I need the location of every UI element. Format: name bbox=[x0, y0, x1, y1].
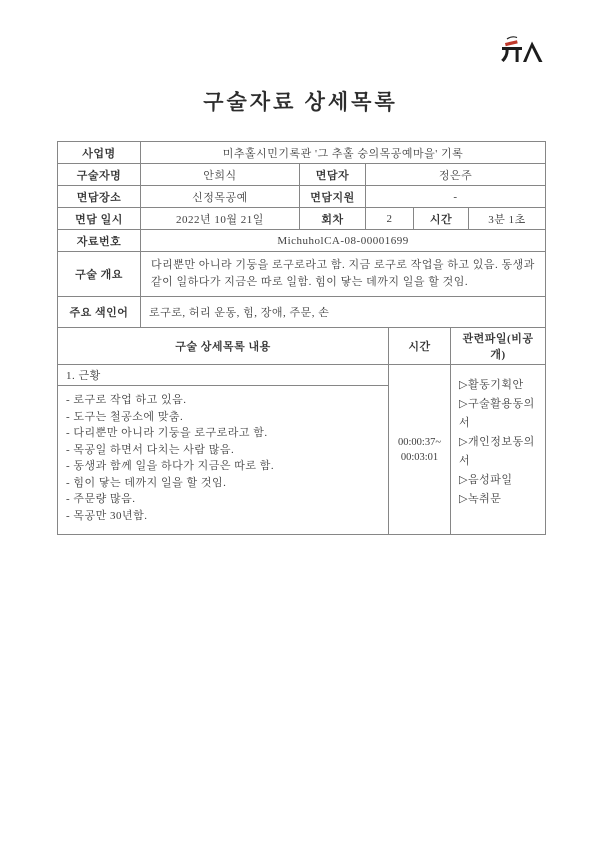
detail-header-row: 구술 상세목록 내용 시간 관련파일(비공개) bbox=[58, 328, 546, 365]
related-files-list: ▷활동기획안▷구술활용동의서▷개인정보동의서▷음성파일▷녹취문 bbox=[451, 365, 546, 535]
project-name-value: 미추홀시민기록관 '그 추홀 숭의목공예마을' 기록 bbox=[141, 142, 546, 164]
content-item: - 다리뿐만 아니라 기둥을 로구로라고 함. bbox=[66, 425, 380, 442]
interview-support-label: 면담지원 bbox=[300, 186, 366, 208]
doc-number-value: MichuholCA-08-00001699 bbox=[141, 230, 546, 252]
content-item: - 도구는 철공소에 맞춤. bbox=[66, 409, 380, 426]
related-file-item: ▷녹취문 bbox=[459, 490, 541, 509]
time-column-header: 시간 bbox=[389, 328, 451, 365]
document-page: 구술자료 상세목록 사업명 미추홀시민기록관 '그 추홀 숭의목공예마을' 기록… bbox=[0, 0, 601, 850]
interviewer-label: 면담자 bbox=[300, 164, 366, 186]
row-keywords: 주요 색인어 로구로, 허리 운동, 힘, 장애, 주문, 손 bbox=[58, 297, 546, 328]
keywords-value: 로구로, 허리 운동, 힘, 장애, 주문, 손 bbox=[141, 297, 546, 328]
section-title: 1. 근황 bbox=[58, 365, 389, 386]
interview-date-value: 2022년 10월 21일 bbox=[141, 208, 300, 230]
content-item: - 동생과 함께 일을 하다가 지금은 따로 함. bbox=[66, 458, 380, 475]
summary-value: 다리뿐만 아니라 기둥을 로구로라고 함. 지금 로구로 작업을 하고 있음. … bbox=[141, 252, 546, 297]
content-items-list: - 로구로 작업 하고 있음.- 도구는 철공소에 맞춤.- 다리뿐만 아니라 … bbox=[58, 386, 389, 535]
interview-date-label: 면담 일시 bbox=[58, 208, 141, 230]
files-column-header: 관련파일(비공개) bbox=[451, 328, 546, 365]
content-item: - 힘이 닿는 데까지 일을 할 것임. bbox=[66, 475, 380, 492]
content-item: - 로구로 작업 하고 있음. bbox=[66, 392, 380, 409]
detail-form: 사업명 미추홀시민기록관 '그 추홀 숭의목공예마을' 기록 구술자명 안희식 … bbox=[57, 141, 545, 535]
row-project: 사업명 미추홀시민기록관 '그 추홀 숭의목공예마을' 기록 bbox=[58, 142, 546, 164]
time-range-line: 00:03:01 bbox=[393, 450, 446, 465]
interview-support-value: - bbox=[366, 186, 546, 208]
section-title-row: 1. 근황 00:00:37~00:03:01 ▷활동기획안▷구술활용동의서▷개… bbox=[58, 365, 546, 386]
interviewer-value: 정은주 bbox=[366, 164, 546, 186]
duration-value: 3분 1초 bbox=[469, 208, 546, 230]
session-number-label: 회차 bbox=[300, 208, 366, 230]
summary-label: 구술 개요 bbox=[58, 252, 141, 297]
time-range: 00:00:37~00:03:01 bbox=[389, 365, 451, 535]
row-narrator: 구술자명 안희식 면담자 정은주 bbox=[58, 164, 546, 186]
time-range-line: 00:00:37~ bbox=[393, 435, 446, 450]
duration-label: 시간 bbox=[414, 208, 469, 230]
michuhol-archive-logo-icon bbox=[500, 35, 546, 65]
doc-number-label: 자료번호 bbox=[58, 230, 141, 252]
narrator-value: 안희식 bbox=[141, 164, 300, 186]
project-name-label: 사업명 bbox=[58, 142, 141, 164]
related-file-item: ▷음성파일 bbox=[459, 471, 541, 490]
interview-place-label: 면담장소 bbox=[58, 186, 141, 208]
narrator-label: 구술자명 bbox=[58, 164, 141, 186]
row-docno: 자료번호 MichuholCA-08-00001699 bbox=[58, 230, 546, 252]
row-place: 면담장소 신정목공예 면담지원 - bbox=[58, 186, 546, 208]
info-table: 사업명 미추홀시민기록관 '그 추홀 숭의목공예마을' 기록 구술자명 안희식 … bbox=[57, 141, 546, 328]
interview-place-value: 신정목공예 bbox=[141, 186, 300, 208]
content-item: - 목공일 하면서 다치는 사람 많음. bbox=[66, 442, 380, 459]
related-file-item: ▷활동기획안 bbox=[459, 376, 541, 395]
related-file-item: ▷개인정보동의서 bbox=[459, 433, 541, 471]
session-number-value: 2 bbox=[366, 208, 414, 230]
content-item: - 목공만 30년함. bbox=[66, 508, 380, 525]
content-item: - 주문량 많음. bbox=[66, 491, 380, 508]
detail-list-table: 구술 상세목록 내용 시간 관련파일(비공개) 1. 근황 00:00:37~0… bbox=[57, 327, 546, 535]
keywords-label: 주요 색인어 bbox=[58, 297, 141, 328]
page-title: 구술자료 상세목록 bbox=[0, 86, 601, 116]
related-file-item: ▷구술활용동의서 bbox=[459, 395, 541, 433]
row-summary: 구술 개요 다리뿐만 아니라 기둥을 로구로라고 함. 지금 로구로 작업을 하… bbox=[58, 252, 546, 297]
content-column-header: 구술 상세목록 내용 bbox=[58, 328, 389, 365]
row-datetime: 면담 일시 2022년 10월 21일 회차 2 시간 3분 1초 bbox=[58, 208, 546, 230]
